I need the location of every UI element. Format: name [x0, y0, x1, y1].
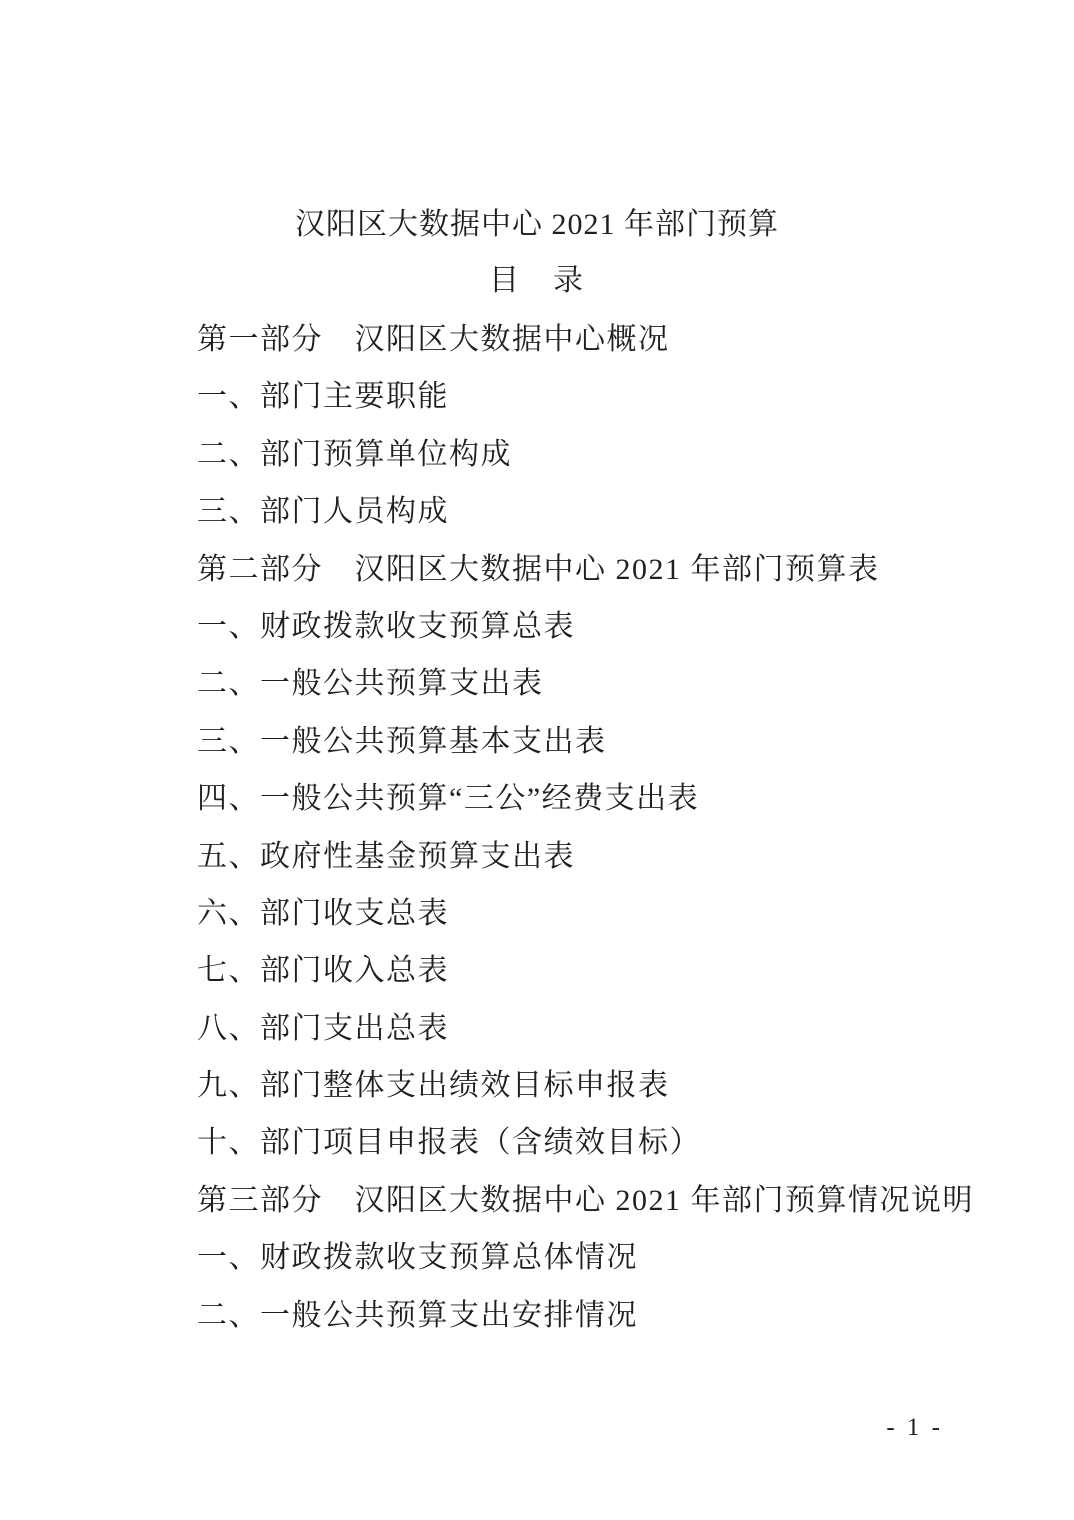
- document-page: 汉阳区大数据中心 2021 年部门预算 目 录 第一部分 汉阳区大数据中心概况 …: [0, 0, 1074, 1520]
- toc-item: 六、部门收支总表: [197, 885, 977, 942]
- toc-section-heading: 第一部分 汉阳区大数据中心概况: [197, 311, 977, 368]
- toc-item: 二、一般公共预算支出表: [197, 655, 977, 712]
- toc-item: 四、一般公共预算“三公”经费支出表: [197, 770, 977, 827]
- toc-item: 二、部门预算单位构成: [197, 426, 977, 483]
- toc-item: 一、财政拨款收支预算总表: [197, 598, 977, 655]
- toc-item: 十、部门项目申报表（含绩效目标）: [197, 1114, 977, 1171]
- toc-item: 二、一般公共预算支出安排情况: [197, 1287, 977, 1344]
- toc-section-heading: 第三部分 汉阳区大数据中心 2021 年部门预算情况说明: [197, 1172, 977, 1229]
- toc-heading: 目 录: [0, 252, 1074, 310]
- toc-item: 五、政府性基金预算支出表: [197, 828, 977, 885]
- toc-item: 一、部门主要职能: [197, 368, 977, 425]
- toc-item: 九、部门整体支出绩效目标申报表: [197, 1057, 977, 1114]
- toc-item: 三、一般公共预算基本支出表: [197, 713, 977, 770]
- page-number: - 1 -: [886, 1408, 943, 1448]
- document-title: 汉阳区大数据中心 2021 年部门预算: [0, 196, 1074, 254]
- table-of-contents: 第一部分 汉阳区大数据中心概况 一、部门主要职能 二、部门预算单位构成 三、部门…: [197, 311, 977, 1344]
- toc-item: 八、部门支出总表: [197, 1000, 977, 1057]
- toc-item: 三、部门人员构成: [197, 483, 977, 540]
- toc-item: 七、部门收入总表: [197, 942, 977, 999]
- toc-section-heading: 第二部分 汉阳区大数据中心 2021 年部门预算表: [197, 541, 977, 598]
- toc-item: 一、财政拨款收支预算总体情况: [197, 1229, 977, 1286]
